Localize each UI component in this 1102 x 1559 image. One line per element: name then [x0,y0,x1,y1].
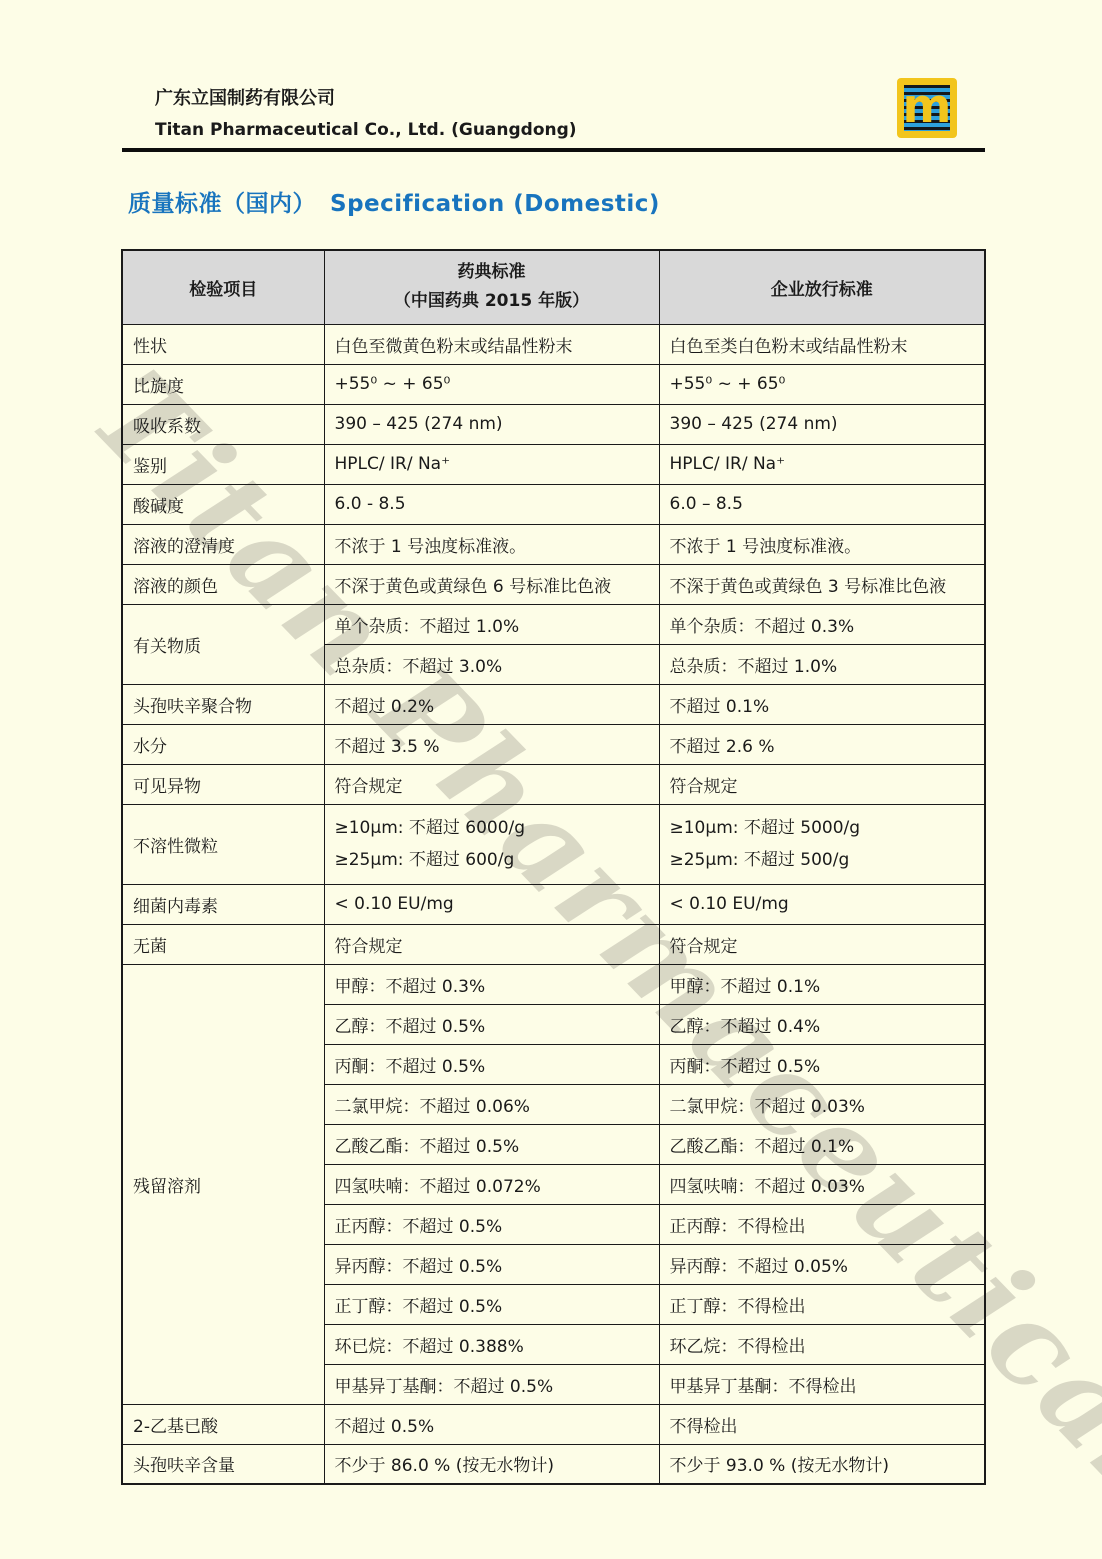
table-row: 残留溶剂 甲醇：不超过 0.3% 甲醇：不超过 0.1% [122,964,985,1004]
table-row: 性状 白色至微黄色粉末或结晶性粉末 白色至类白色粉末或结晶性粉末 [122,324,985,364]
cell-pharmacopoeia: 不少于 86.0 % (按无水物计) [324,1444,659,1484]
cell-test-item: 头孢呋辛含量 [122,1444,324,1484]
cell-enterprise: 符合规定 [659,764,985,804]
table-row: 比旋度 +55⁰ ~ + 65⁰ +55⁰ ~ + 65⁰ [122,364,985,404]
cell-enterprise: 环乙烷：不得检出 [659,1324,985,1364]
company-logo: m [897,78,957,138]
cell-test-item: 残留溶剂 [122,964,324,1404]
logo-m-icon: m [897,77,957,137]
cell-pharmacopoeia: 不超过 3.5 % [324,724,659,764]
cell-test-item: 有关物质 [122,604,324,684]
cell-pharmacopoeia: 甲基异丁基酮：不超过 0.5% [324,1364,659,1404]
cell-pharmacopoeia: ≥10μm: 不超过 6000/g ≥25μm: 不超过 600/g [324,804,659,884]
cell-pharmacopoeia: 乙酸乙酯：不超过 0.5% [324,1124,659,1164]
cell-enterprise: 不超过 2.6 % [659,724,985,764]
page-title-cn: 质量标准（国内） [128,191,316,217]
cell-test-item: 无菌 [122,924,324,964]
cell-pharmacopoeia: +55⁰ ~ + 65⁰ [324,364,659,404]
table-row: 酸碱度 6.0 - 8.5 6.0 – 8.5 [122,484,985,524]
cell-pharmacopoeia: 正丙醇：不超过 0.5% [324,1204,659,1244]
cell-enterprise: 正丙醇：不得检出 [659,1204,985,1244]
col-header-pharmacopoeia: 药典标准 （中国药典 2015 年版） [324,250,659,324]
cell-enterprise: 不深于黄色或黄绿色 3 号标准比色液 [659,564,985,604]
table-row: 吸收系数 390 – 425 (274 nm) 390 – 425 (274 n… [122,404,985,444]
table-row: 无菌 符合规定 符合规定 [122,924,985,964]
cell-enterprise: 不浓于 1 号浊度标准液。 [659,524,985,564]
cell-pharmacopoeia: 乙醇：不超过 0.5% [324,1004,659,1044]
cell-pharmacopoeia: 不深于黄色或黄绿色 6 号标准比色液 [324,564,659,604]
cell-test-item: 2-乙基已酸 [122,1404,324,1444]
cell-enterprise: 四氢呋喃：不超过 0.03% [659,1164,985,1204]
company-name-en: Titan Pharmaceutical Co., Ltd. (Guangdon… [155,120,577,140]
cell-enterprise: 正丁醇：不得检出 [659,1284,985,1324]
table-row: 溶液的澄清度 不浓于 1 号浊度标准液。 不浓于 1 号浊度标准液。 [122,524,985,564]
cell-pharmacopoeia: 正丁醇：不超过 0.5% [324,1284,659,1324]
cell-enterprise: ≥10μm: 不超过 5000/g ≥25μm: 不超过 500/g [659,804,985,884]
cell-test-item: 头孢呋辛聚合物 [122,684,324,724]
cell-pharmacopoeia: 符合规定 [324,764,659,804]
table-header-row: 检验项目 药典标准 （中国药典 2015 年版） 企业放行标准 [122,250,985,324]
cell-enterprise: 乙醇：不超过 0.4% [659,1004,985,1044]
cell-enterprise: 异丙醇：不超过 0.05% [659,1244,985,1284]
cell-enterprise: 二氯甲烷：不超过 0.03% [659,1084,985,1124]
cell-test-item: 酸碱度 [122,484,324,524]
cell-pharmacopoeia: < 0.10 EU/mg [324,884,659,924]
table-row: 细菌内毒素 < 0.10 EU/mg < 0.10 EU/mg [122,884,985,924]
cell-pharmacopoeia: 不超过 0.2% [324,684,659,724]
cell-line-2: ≥25μm: 不超过 600/g [335,844,649,876]
cell-enterprise: 总杂质：不超过 1.0% [659,644,985,684]
cell-test-item: 性状 [122,324,324,364]
table-row: 有关物质 单个杂质：不超过 1.0% 单个杂质：不超过 0.3% [122,604,985,644]
cell-pharmacopoeia: 四氢呋喃：不超过 0.072% [324,1164,659,1204]
cell-enterprise: 白色至类白色粉末或结晶性粉末 [659,324,985,364]
cell-enterprise: +55⁰ ~ + 65⁰ [659,364,985,404]
cell-test-item: 不溶性微粒 [122,804,324,884]
cell-enterprise: 甲醇：不超过 0.1% [659,964,985,1004]
cell-enterprise: 丙酮：不超过 0.5% [659,1044,985,1084]
col-header-enterprise: 企业放行标准 [659,250,985,324]
page-title: 质量标准（国内）Specification (Domestic) [128,185,660,218]
cell-test-item: 细菌内毒素 [122,884,324,924]
cell-pharmacopoeia: 甲醇：不超过 0.3% [324,964,659,1004]
cell-line-1: ≥10μm: 不超过 6000/g [335,812,649,844]
table-row: 头孢呋辛含量 不少于 86.0 % (按无水物计) 不少于 93.0 % (按无… [122,1444,985,1484]
cell-test-item: 溶液的澄清度 [122,524,324,564]
header-divider [122,148,985,152]
cell-enterprise: 甲基异丁基酮：不得检出 [659,1364,985,1404]
cell-pharmacopoeia: 符合规定 [324,924,659,964]
cell-pharmacopoeia: HPLC/ IR/ Na⁺ [324,444,659,484]
table-row: 溶液的颜色 不深于黄色或黄绿色 6 号标准比色液 不深于黄色或黄绿色 3 号标准… [122,564,985,604]
cell-pharmacopoeia: 二氯甲烷：不超过 0.06% [324,1084,659,1124]
cell-pharmacopoeia: 6.0 - 8.5 [324,484,659,524]
cell-enterprise: 不超过 0.1% [659,684,985,724]
col-header-pharmacopoeia-line2: （中国药典 2015 年版） [335,287,649,316]
page-title-en: Specification (Domestic) [330,191,660,217]
cell-enterprise: 不得检出 [659,1404,985,1444]
cell-enterprise: 乙酸乙酯：不超过 0.1% [659,1124,985,1164]
col-header-test-item: 检验项目 [122,250,324,324]
cell-test-item: 可见异物 [122,764,324,804]
cell-test-item: 水分 [122,724,324,764]
cell-enterprise: 390 – 425 (274 nm) [659,404,985,444]
cell-pharmacopoeia: 单个杂质：不超过 1.0% [324,604,659,644]
cell-pharmacopoeia: 390 – 425 (274 nm) [324,404,659,444]
cell-test-item: 吸收系数 [122,404,324,444]
cell-line-2: ≥25μm: 不超过 500/g [670,844,975,876]
cell-enterprise: HPLC/ IR/ Na⁺ [659,444,985,484]
table-row: 头孢呋辛聚合物 不超过 0.2% 不超过 0.1% [122,684,985,724]
cell-pharmacopoeia: 不浓于 1 号浊度标准液。 [324,524,659,564]
cell-test-item: 溶液的颜色 [122,564,324,604]
table-row: 水分 不超过 3.5 % 不超过 2.6 % [122,724,985,764]
cell-test-item: 比旋度 [122,364,324,404]
cell-enterprise: 6.0 – 8.5 [659,484,985,524]
table-row: 鉴别 HPLC/ IR/ Na⁺ HPLC/ IR/ Na⁺ [122,444,985,484]
cell-pharmacopoeia: 丙酮：不超过 0.5% [324,1044,659,1084]
spec-table: 检验项目 药典标准 （中国药典 2015 年版） 企业放行标准 性状 白色至微黄… [121,249,986,1485]
table-row: 可见异物 符合规定 符合规定 [122,764,985,804]
table-row: 不溶性微粒 ≥10μm: 不超过 6000/g ≥25μm: 不超过 600/g… [122,804,985,884]
cell-pharmacopoeia: 总杂质：不超过 3.0% [324,644,659,684]
cell-pharmacopoeia: 环已烷：不超过 0.388% [324,1324,659,1364]
cell-enterprise: 不少于 93.0 % (按无水物计) [659,1444,985,1484]
company-name-cn: 广东立国制药有限公司 [155,84,335,110]
document-page: Titan Pharmaceutical 广东立国制药有限公司 Titan Ph… [0,0,1102,1559]
cell-enterprise: 单个杂质：不超过 0.3% [659,604,985,644]
cell-pharmacopoeia: 异丙醇：不超过 0.5% [324,1244,659,1284]
table-row: 2-乙基已酸 不超过 0.5% 不得检出 [122,1404,985,1444]
col-header-pharmacopoeia-line1: 药典标准 [335,258,649,287]
cell-line-1: ≥10μm: 不超过 5000/g [670,812,975,844]
cell-pharmacopoeia: 不超过 0.5% [324,1404,659,1444]
cell-test-item: 鉴别 [122,444,324,484]
cell-pharmacopoeia: 白色至微黄色粉末或结晶性粉末 [324,324,659,364]
cell-enterprise: < 0.10 EU/mg [659,884,985,924]
cell-enterprise: 符合规定 [659,924,985,964]
